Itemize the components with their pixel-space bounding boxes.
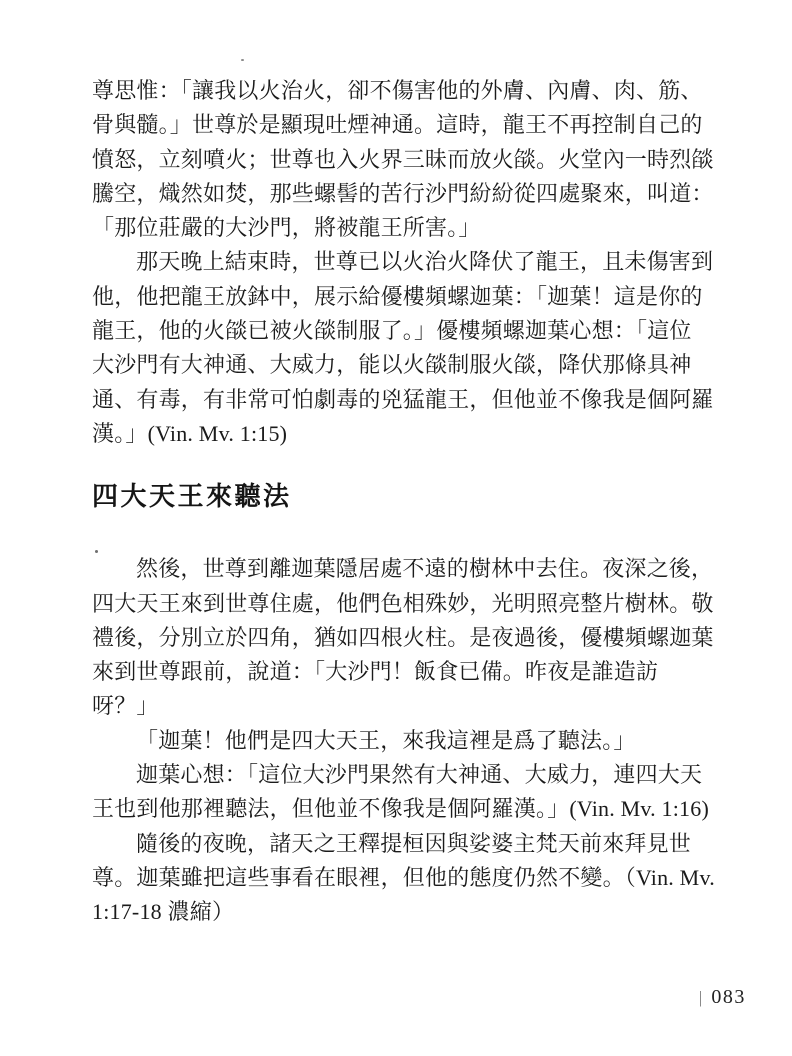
text-line: 隨後的夜晚，諸天之王釋提桓因與娑婆主梵天前來拜見世 <box>92 827 718 861</box>
paragraph: 迦葉心想：「這位大沙門果然有大神通、大威力，連四大天王也到他那裡聽法，但他並不像… <box>92 758 718 827</box>
text-line: 「那位莊嚴的大沙門，將被龍王所害。」 <box>92 211 718 245</box>
page-number: 083 <box>711 986 746 1009</box>
text-line: 「迦葉！他們是四大天王，來我這裡是爲了聽法。」 <box>92 724 718 758</box>
text-line: 騰空，熾然如焚，那些螺髻的苦行沙門紛紛從四處聚來，叫道： <box>92 177 718 211</box>
paragraph: 隨後的夜晚，諸天之王釋提桓因與娑婆主梵天前來拜見世尊。迦葉雖把這些事看在眼裡，但… <box>92 827 718 930</box>
section-heading: 四大天王來聽法 <box>92 479 718 513</box>
paragraph: 「迦葉！他們是四大天王，來我這裡是爲了聽法。」 <box>92 724 718 758</box>
text-line: 骨與髓。」世尊於是顯現吐煙神通。這時，龍王不再控制自己的 <box>92 108 718 142</box>
paragraph: 然後，世尊到離迦葉隱居處不遠的樹林中去住。夜深之後，四大天王來到世尊住處，他們色… <box>92 552 718 723</box>
text-line: 王也到他那裡聽法，但他並不像我是個阿羅漢。」(Vin. Mv. 1:16) <box>92 792 718 826</box>
paragraph: 那天晚上結束時，世尊已以火治火降伏了龍王，且未傷害到他，他把龍王放鉢中，展示給優… <box>92 245 718 451</box>
paragraph: 尊思惟：「讓我以火治火，卻不傷害他的外膚、內膚、肉、筋、骨與髓。」世尊於是顯現吐… <box>92 74 718 245</box>
text-line: 尊。迦葉雖把這些事看在眼裡，但他的態度仍然不變。（Vin. Mv. <box>92 861 718 895</box>
text-line: 來到世尊跟前，說道：「大沙門！飯食已備。昨夜是誰造訪 <box>92 655 718 689</box>
print-speck-2 <box>95 550 98 553</box>
text-line: 龍王，他的火燄已被火燄制服了。」優樓頻螺迦葉心想：「這位 <box>92 314 718 348</box>
text-line: 四大天王來到世尊住處，他們色相殊妙，光明照亮整片樹林。敬 <box>92 587 718 621</box>
text-line: 1:17-18 濃縮） <box>92 895 718 929</box>
text-line: 他，他把龍王放鉢中，展示給優樓頻螺迦葉：「迦葉！這是你的 <box>92 280 718 314</box>
text-line: 大沙門有大神通、大威力，能以火燄制服火燄，降伏那條具神 <box>92 348 718 382</box>
book-page: 尊思惟：「讓我以火治火，卻不傷害他的外膚、內膚、肉、筋、骨與髓。」世尊於是顯現吐… <box>0 0 792 1056</box>
text-line: 漢。」(Vin. Mv. 1:15) <box>92 417 718 451</box>
page-footer: | 083 <box>699 986 746 1009</box>
text-line: 呀？」 <box>92 689 718 723</box>
text-line: 那天晚上結束時，世尊已以火治火降伏了龍王，且未傷害到 <box>92 245 718 279</box>
text-block: 尊思惟：「讓我以火治火，卻不傷害他的外膚、內膚、肉、筋、骨與髓。」世尊於是顯現吐… <box>92 74 718 930</box>
print-speck-1 <box>241 59 244 61</box>
text-line: 迦葉心想：「這位大沙門果然有大神通、大威力，連四大天 <box>92 758 718 792</box>
text-line: 通、有毒，有非常可怕劇毒的兇猛龍王，但他並不像我是個阿羅 <box>92 383 718 417</box>
folio-divider: | <box>700 989 702 1006</box>
text-line: 尊思惟：「讓我以火治火，卻不傷害他的外膚、內膚、肉、筋、 <box>92 74 718 108</box>
text-line: 然後，世尊到離迦葉隱居處不遠的樹林中去住。夜深之後， <box>92 552 718 586</box>
text-line: 憤怒，立刻噴火；世尊也入火界三昧而放火燄。火堂內一時烈燄 <box>92 143 718 177</box>
text-line: 禮後，分別立於四角，猶如四根火柱。是夜過後，優樓頻螺迦葉 <box>92 621 718 655</box>
